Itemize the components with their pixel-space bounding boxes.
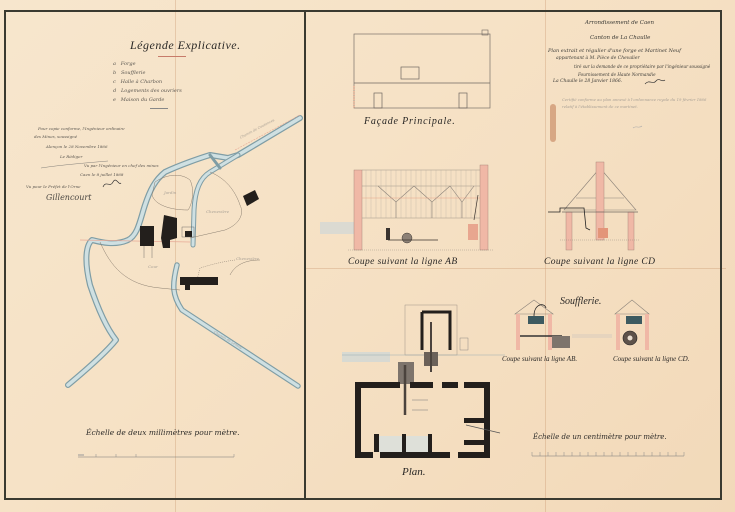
soufflerie-section-ab: [512, 298, 572, 353]
legend-item: d Logements des ouvriers: [113, 88, 182, 94]
section-cd-title: Coupe suivant la ligne CD: [544, 257, 655, 267]
legend-item: c Halle à Charbon: [113, 79, 162, 85]
legend-title: Légende Explicative.: [130, 38, 241, 53]
floor-plan: [340, 300, 505, 465]
legend-item: e Maison du Garde: [113, 97, 164, 103]
paper-stain: [550, 104, 556, 142]
legend-title-underline: [158, 56, 186, 57]
scale-label-left: Échelle de deux millimètres pour mètre.: [86, 428, 240, 437]
header-signature: [644, 78, 666, 86]
certification-signature: [632, 124, 646, 130]
site-plan-map: [60, 110, 305, 400]
section-ab-title: Coupe suivant la ligne AB: [348, 257, 458, 267]
title-line: Canton de La Chaulle: [590, 35, 650, 41]
map-label-cour: Cour: [148, 264, 158, 269]
scale-bar-right: [532, 450, 687, 458]
title-line: Plan extrait et régulier d'une forge et …: [548, 48, 681, 54]
map-label-cheneviere: Chenevière: [206, 209, 229, 214]
title-line: Arrondissement de Caen: [585, 20, 654, 26]
title-line: La Chaulle le 28 Janvier 1866.: [553, 79, 622, 84]
facade-title: Façade Principale.: [364, 116, 456, 127]
plan-title: Plan.: [402, 466, 426, 478]
title-line: Fournissement de Haute Normandie: [578, 72, 656, 77]
section-ab-drawing: [318, 160, 503, 260]
soufflerie-section-cd: [610, 298, 655, 353]
drawing-sheet: Légende Explicative. a Forge b Souffleri…: [0, 0, 735, 512]
scale-label-right: Échelle de un centimètre pour mètre.: [533, 433, 667, 441]
facade-elevation: [352, 28, 494, 110]
title-line: appartenant à M. Pièce de Chevalier: [556, 56, 640, 61]
legend-item: b Soufflerie: [113, 70, 145, 76]
certification-text: Certifié conforme au plan annexé à l'ord…: [562, 97, 712, 110]
soufflerie-section-cd-title: Coupe suivant la ligne CD.: [613, 355, 689, 363]
map-label-jardin: Jardin: [164, 190, 176, 195]
section-cd-drawing: [540, 160, 660, 260]
map-label-cheneviere: Chenevière: [236, 256, 259, 261]
legend-item: a Forge: [113, 61, 136, 67]
legend-rule: [150, 108, 168, 109]
soufflerie-section-ab-title: Coupe suivant la ligne AB.: [502, 355, 577, 363]
soufflerie-shaft: [572, 333, 617, 339]
scale-bar-left: [78, 453, 236, 459]
title-line: tiré sur la demande de ce propriétaire p…: [574, 64, 710, 69]
